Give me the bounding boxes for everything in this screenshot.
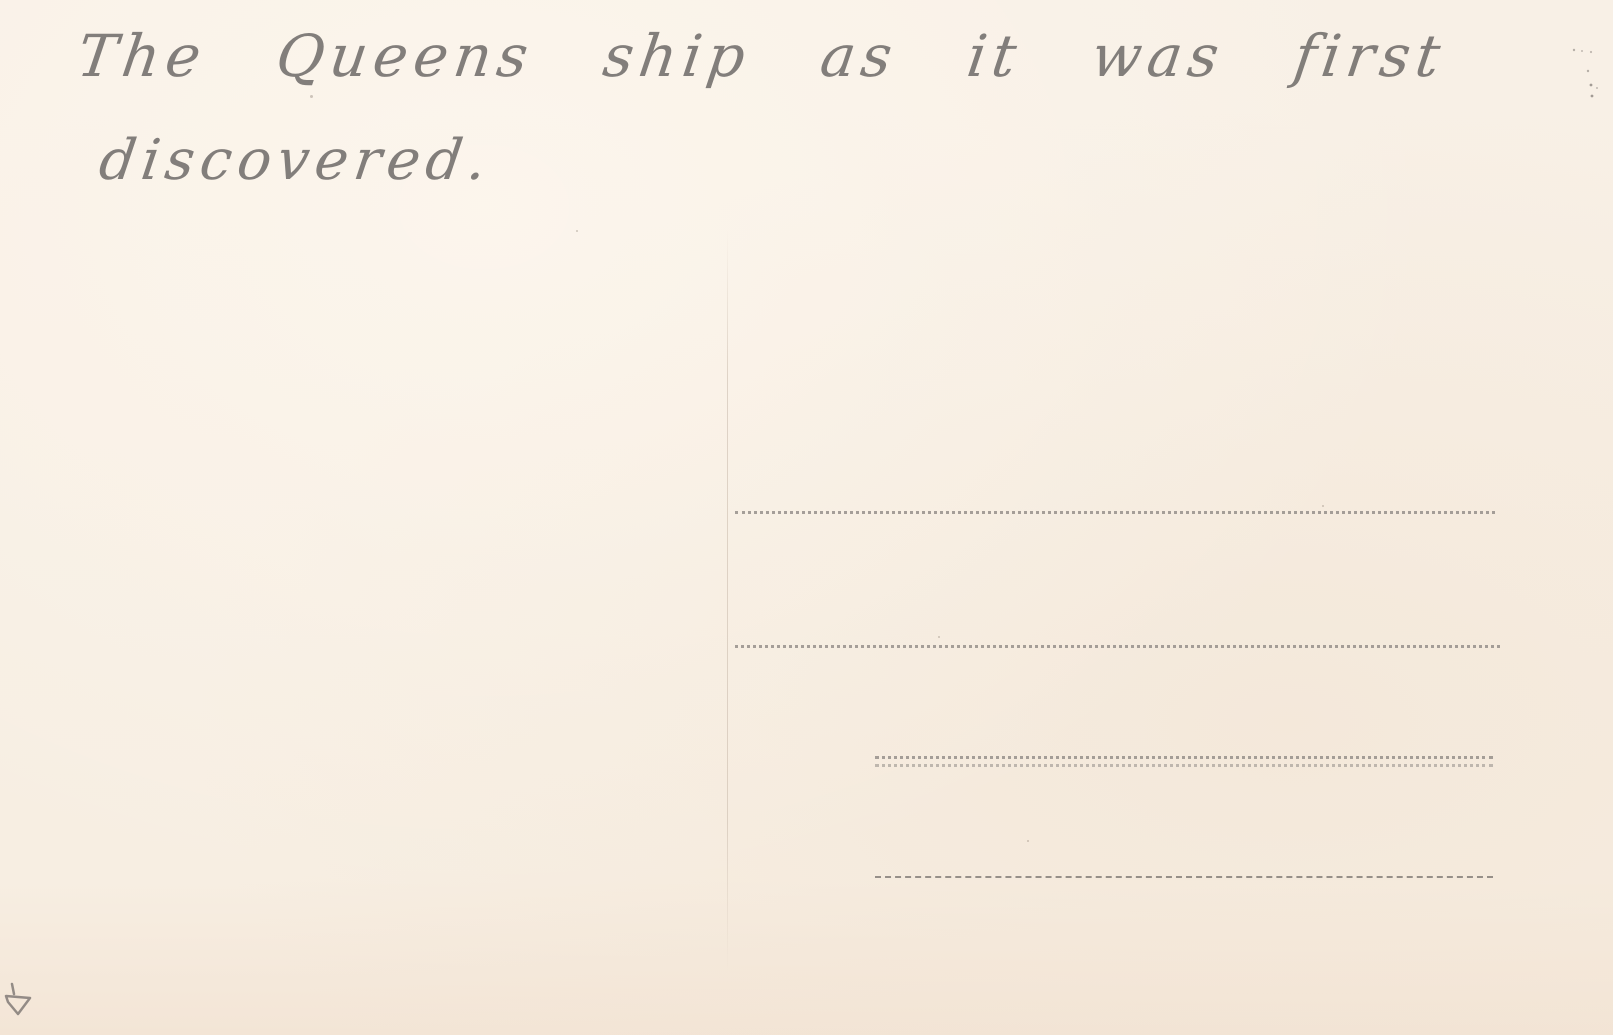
handwritten-note-line-2: discovered. <box>95 128 496 193</box>
handwritten-note-line-1: The Queens ship as it was first <box>73 22 1450 90</box>
paper-speckle <box>576 230 578 232</box>
paper-speckle <box>1322 505 1324 507</box>
address-line-4 <box>875 876 1493 878</box>
paper-speckle <box>1027 840 1029 842</box>
address-line-1 <box>735 511 1495 514</box>
paper-speckles <box>1570 45 1600 105</box>
center-divider <box>727 230 728 970</box>
address-line-2 <box>735 645 1500 648</box>
postcard-back: The Queens ship as it was first discover… <box>0 0 1613 1035</box>
paper-speckle <box>938 636 940 638</box>
triangle-mark-icon <box>4 980 32 1018</box>
paper-speckle <box>310 95 313 98</box>
address-line-3 <box>875 756 1493 759</box>
